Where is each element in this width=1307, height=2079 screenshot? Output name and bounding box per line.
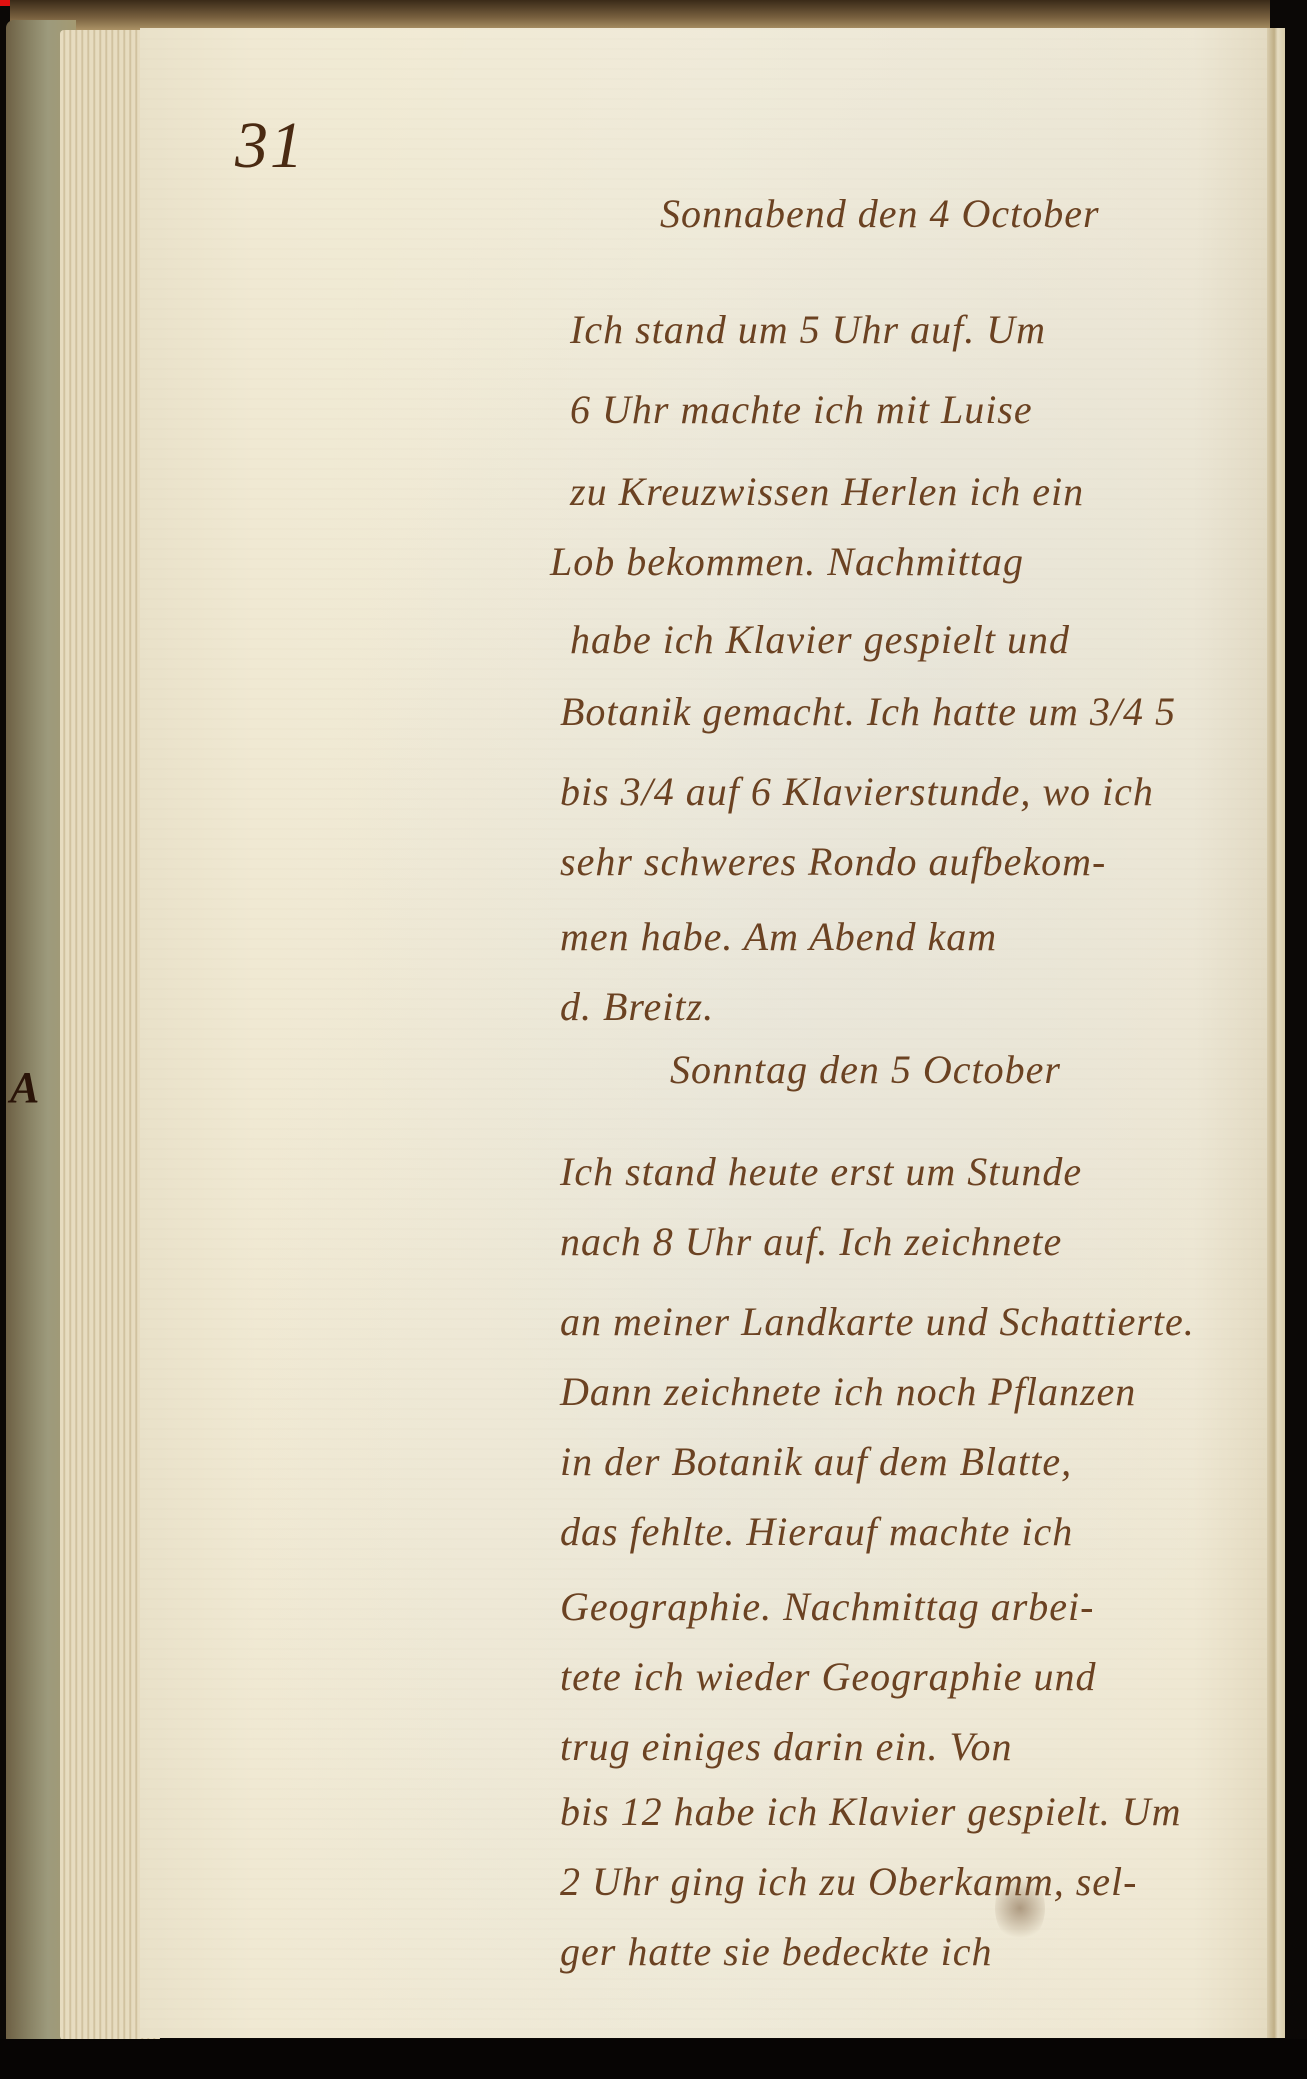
- entry-line: men habe. Am Abend kam: [560, 913, 997, 960]
- entry-line: Ich stand um 5 Uhr auf. Um: [570, 306, 1046, 353]
- entry-line: habe ich Klavier gespielt und: [570, 616, 1070, 663]
- scan-bottom-border: [0, 2039, 1307, 2079]
- entry-line: Geographie. Nachmittag arbei-: [560, 1583, 1095, 1630]
- entry-line: sehr schweres Rondo aufbekom-: [560, 838, 1106, 885]
- entry-line: Botanik gemacht. Ich hatte um 3/4 5: [560, 688, 1176, 735]
- manuscript-page: 31 Sonnabend den 4 October Ich stand um …: [140, 28, 1285, 2038]
- spine-mark: A: [10, 1060, 60, 1115]
- ink-stain: [995, 1873, 1045, 1943]
- entry-line: Ich stand heute erst um Stunde: [560, 1148, 1082, 1195]
- entry-line: Lob bekommen. Nachmittag: [550, 538, 1024, 585]
- entry-heading: Sonntag den 5 October: [670, 1046, 1061, 1093]
- entry-line: d. Breitz.: [560, 983, 714, 1030]
- page-right-edge: [1267, 28, 1285, 2038]
- entry-line: trug einiges darin ein. Von: [560, 1723, 1013, 1770]
- entry-line: das fehlte. Hierauf machte ich: [560, 1508, 1073, 1555]
- entry-line: an meiner Landkarte und Schattierte.: [560, 1298, 1195, 1345]
- entry-heading: Sonnabend den 4 October: [660, 190, 1100, 237]
- entry-line: zu Kreuzwissen Herlen ich ein: [570, 468, 1084, 515]
- entry-line: in der Botanik auf dem Blatte,: [560, 1438, 1072, 1485]
- entry-line: 2 Uhr ging ich zu Oberkamm, sel-: [560, 1858, 1138, 1905]
- entry-line: bis 3/4 auf 6 Klavierstunde, wo ich: [560, 768, 1154, 815]
- entry-line: Dann zeichnete ich noch Pflanzen: [560, 1368, 1136, 1415]
- entry-line: 6 Uhr machte ich mit Luise: [570, 386, 1033, 433]
- entry-line: bis 12 habe ich Klavier gespielt. Um: [560, 1788, 1181, 1835]
- entry-line: nach 8 Uhr auf. Ich zeichnete: [560, 1218, 1062, 1265]
- page-number: 31: [235, 108, 305, 184]
- entry-line: ger hatte sie bedeckte ich: [560, 1928, 992, 1975]
- entry-line: tete ich wieder Geographie und: [560, 1653, 1097, 1700]
